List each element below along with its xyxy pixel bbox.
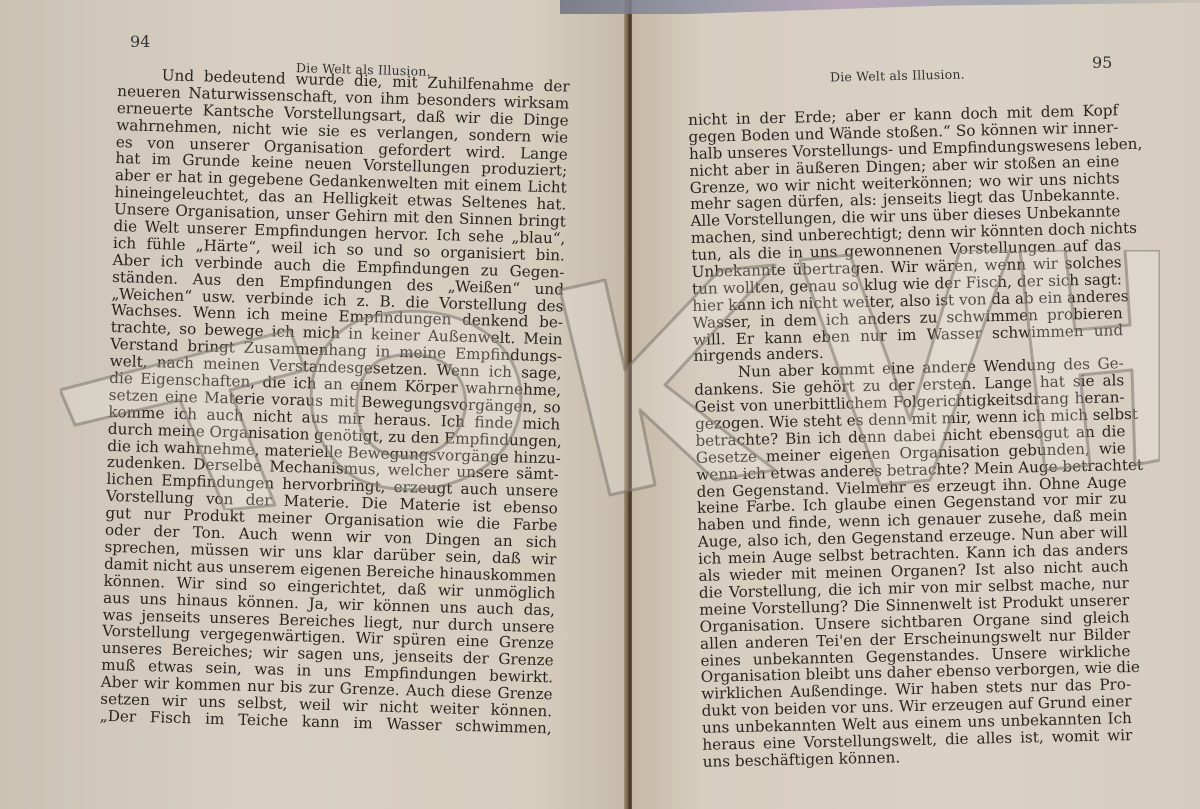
left-page: 94 Die Welt als Illusion. Und bedeutend … — [0, 0, 628, 809]
running-head: Die Welt als Illusion. — [830, 66, 965, 84]
open-book-spread: 94 Die Welt als Illusion. Und bedeutend … — [0, 0, 1200, 809]
body-text: Und bedeutend wurde die, mit Zuhilfenahm… — [100, 66, 570, 737]
page-number: 94 — [130, 32, 150, 51]
page-number: 95 — [1092, 53, 1112, 72]
right-page: 95 Die Welt als Illusion. nicht in der E… — [632, 0, 1200, 809]
body-text: nicht in der Erde; aber er kann doch mit… — [688, 102, 1133, 770]
